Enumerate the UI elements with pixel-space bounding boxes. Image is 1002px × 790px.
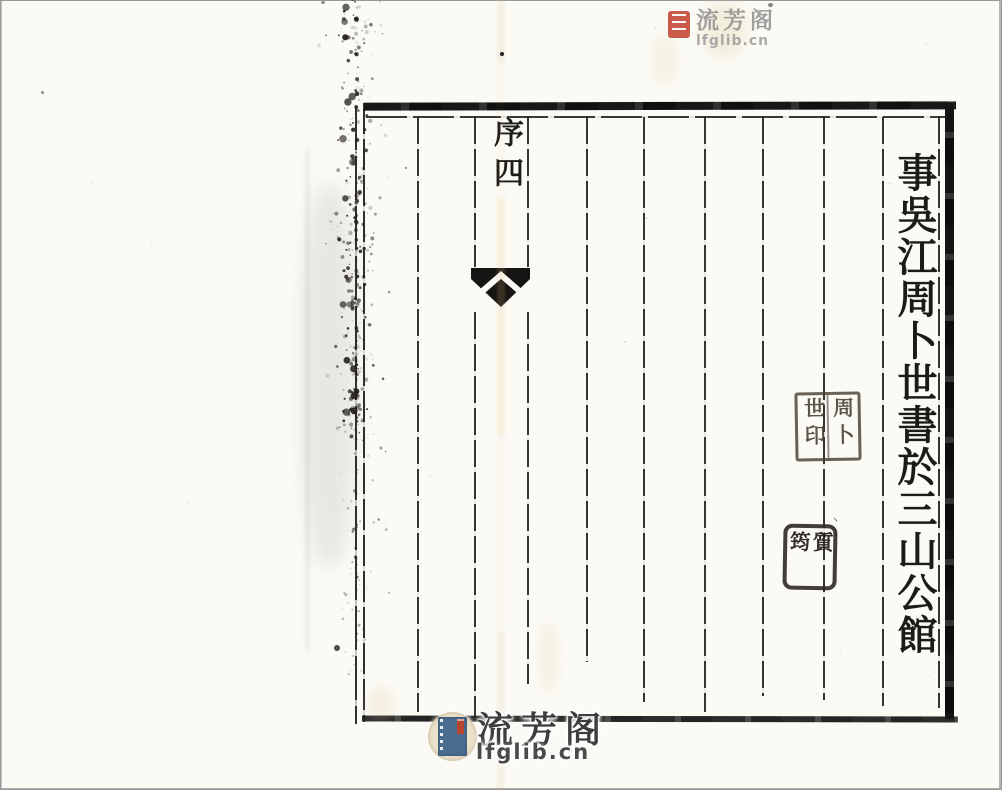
watermark-site-url: lfglib.cn bbox=[476, 740, 590, 764]
watermark-top-right: 流芳阁 lfglib.cn bbox=[668, 8, 777, 49]
watermark-text-group: 流芳阁 lfglib.cn bbox=[696, 8, 777, 49]
scanned-book-page: 序四 事吳江周卜世書於三山公館 周卜 世印 丶丶 質 筠 流芳阁 lfglib.… bbox=[0, 0, 1002, 790]
book-binding-stitches bbox=[440, 719, 443, 754]
watermark-site-name: 流芳阁 bbox=[696, 8, 777, 33]
book-icon bbox=[668, 11, 690, 38]
book-title-label bbox=[457, 719, 464, 734]
ink-spatter-noise bbox=[0, 0, 1002, 790]
watermark-site-url: lfglib.cn bbox=[696, 33, 777, 49]
